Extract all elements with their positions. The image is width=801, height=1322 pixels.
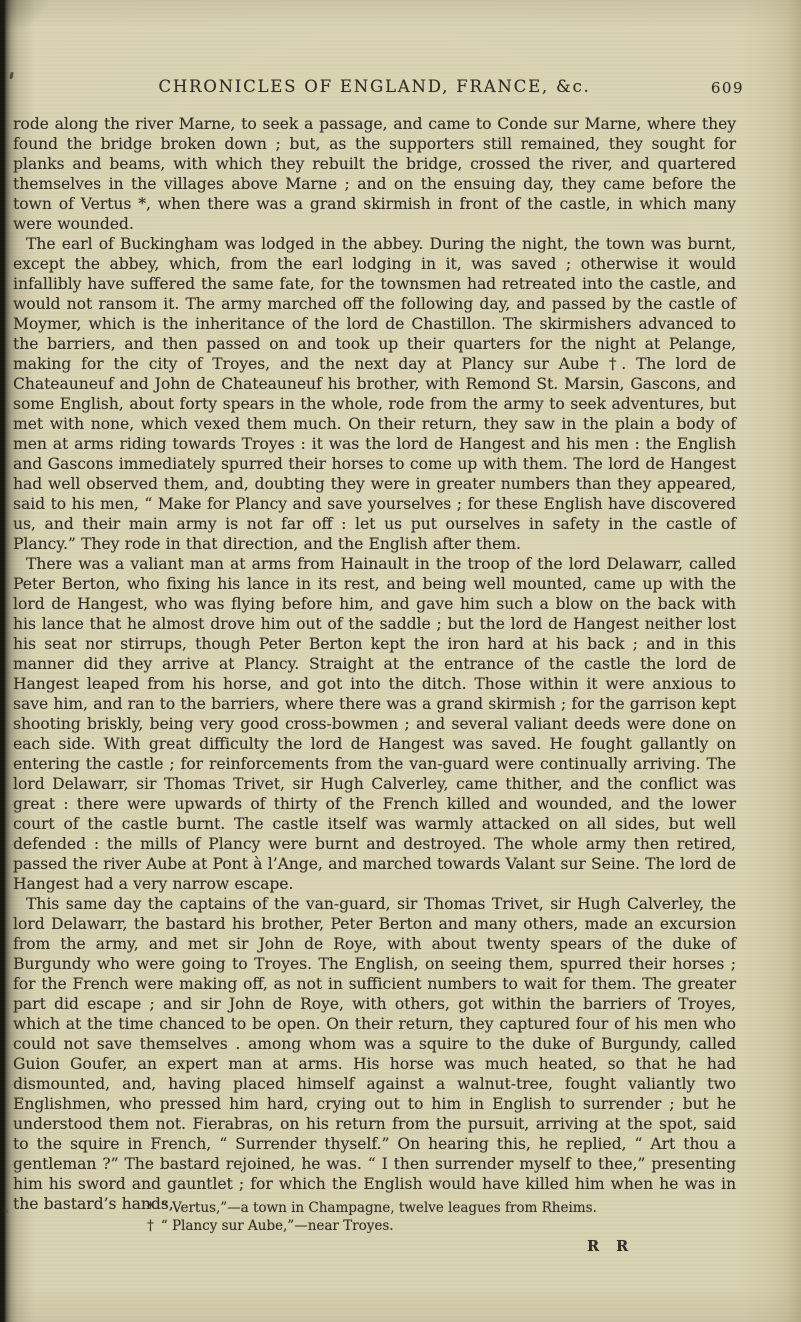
paragraph-peter-berton: There was a valiant man at arms from Hai…: [13, 554, 736, 894]
footnote-text: “ Plancy sur Aube,”—near Troyes.: [161, 1218, 394, 1234]
paragraph-continuation: rode along the river Marne, to seek a pa…: [13, 114, 736, 234]
footnote-text: “ Vertus,”—a town in Champagne, twelve l…: [161, 1200, 597, 1216]
page-number: 609: [711, 79, 744, 97]
dagger-footnote-marker: †: [147, 1218, 154, 1236]
printer-signature-mark: R R: [587, 1238, 634, 1255]
running-title: CHRONICLES OF ENGLAND, FRANCE, &c.: [158, 77, 590, 96]
footnote-vertus: *“ Vertus,”—a town in Champagne, twelve …: [147, 1200, 597, 1218]
paragraph-earl-of-buckingham: The earl of Buckingham was lodged in the…: [13, 234, 736, 554]
paragraph-vanguard-captains: This same day the captains of the van-gu…: [13, 894, 736, 1214]
page-body: rode along the river Marne, to seek a pa…: [13, 114, 736, 1214]
ink-speck: [4, 1210, 8, 1213]
running-header: CHRONICLES OF ENGLAND, FRANCE, &c. 609: [13, 77, 736, 96]
book-page-scan: CHRONICLES OF ENGLAND, FRANCE, &c. 609 r…: [0, 0, 801, 1322]
asterisk-footnote-marker: *: [147, 1200, 154, 1218]
footnotes: *“ Vertus,”—a town in Champagne, twelve …: [147, 1200, 597, 1235]
footnote-plancy: †“ Plancy sur Aube,”—near Troyes.: [147, 1218, 597, 1236]
